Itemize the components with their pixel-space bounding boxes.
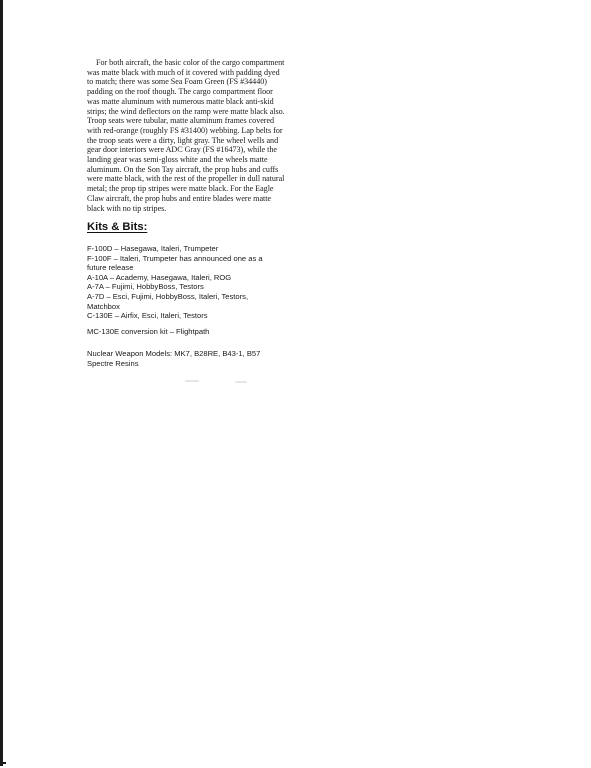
kits-and-bits-heading: Kits & Bits: [87, 221, 147, 233]
cargo-color-paragraph: For both aircraft, the basic color of th… [87, 58, 317, 213]
kit-list-item: A-7D – Esci, Fujimi, HobbyBoss, Italeri,… [87, 292, 263, 302]
paragraph-line: padding on the roof though. The cargo co… [87, 87, 317, 97]
page-content: For both aircraft, the basic color of th… [87, 58, 317, 213]
paragraph-line: gear door interiors were ADC Gray (FS #1… [87, 145, 317, 155]
kit-list-item: future release [87, 263, 263, 273]
paragraph-line: the troop seats were a dirty, light gray… [87, 136, 317, 146]
kit-list-item: F-100F – Italeri, Trumpeter has announce… [87, 254, 263, 264]
kit-list-item: A-10A – Academy, Hasegawa, Italeri, ROG [87, 273, 263, 283]
paragraph-line: was matte aluminum with numerous matte b… [87, 97, 317, 107]
scan-smudge [185, 380, 199, 382]
paragraph-line: was matte black with much of it covered … [87, 68, 317, 78]
paragraph-line: Claw aircraft, the prop hubs and entire … [87, 194, 317, 204]
paragraph-line: strips; the wind deflectors on the ramp … [87, 107, 317, 117]
nuclear-models-note: Nuclear Weapon Models: MK7, B28RE, B43-1… [87, 349, 260, 359]
paragraph-line: landing gear was semi-gloss white and th… [87, 155, 317, 165]
paragraph-line: to match; there was some Sea Foam Green … [87, 77, 317, 87]
kit-list-item: F-100D – Hasegawa, Italeri, Trumpeter [87, 244, 263, 254]
paragraph-line: metal; the prop tip stripes were matte b… [87, 184, 317, 194]
paragraph-line: aluminum. On the Son Tay aircraft, the p… [87, 165, 317, 175]
paragraph-line: Troop seats were tubular, matte aluminum… [87, 116, 317, 126]
paragraph-line: For both aircraft, the basic color of th… [87, 58, 317, 68]
kit-list-item: Matchbox [87, 302, 263, 312]
paragraph-line: black with no tip stripes. [87, 204, 317, 214]
nuclear-models-source: Spectre Resins [87, 359, 139, 369]
scan-edge-corner [0, 762, 6, 764]
kits-list: F-100D – Hasegawa, Italeri, Trumpeter F-… [87, 244, 263, 321]
scan-smudge [235, 381, 247, 383]
conversion-kit-note: MC-130E conversion kit – Flightpath [87, 327, 209, 337]
kit-list-item: C-130E – Airfix, Esci, Italeri, Testors [87, 311, 263, 321]
kit-list-item: A-7A – Fujimi, HobbyBoss, Testors [87, 282, 263, 292]
scan-edge-border [0, 0, 3, 766]
paragraph-line: with red-orange (roughly FS #31400) webb… [87, 126, 317, 136]
paragraph-line: were matte black, with the rest of the p… [87, 174, 317, 184]
